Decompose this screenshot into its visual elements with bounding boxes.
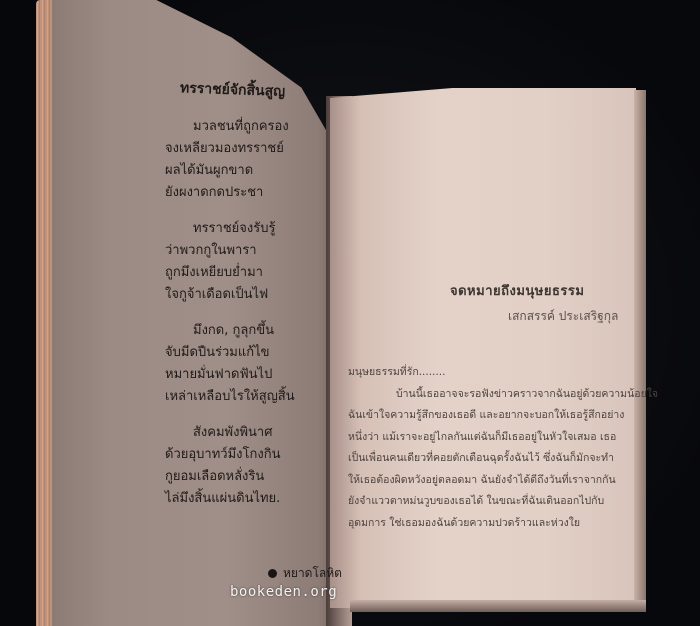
poem-line: มึงกด, กูลุกขึ้น [165, 320, 335, 342]
poem-line: มวลชนที่ถูกครอง [165, 116, 335, 138]
poem-line: ทรราชย์จงรับรู้ [165, 218, 335, 240]
right-page-bottom-edge [350, 600, 646, 612]
letter-line: บ้านนี้เธออาจจะรอฟังข่าวคราวจากฉันอยู่ด้… [348, 384, 628, 406]
poem: ทรราชย์จักสิ้นสูญ มวลชนที่ถูกครอง จงเหลี… [165, 80, 335, 510]
letter-line: เป็นเพื่อนคนเดียวที่คอยตักเตือนฉุดรั้งฉั… [348, 448, 628, 470]
poem-line: ไล่มึงสิ้นแผ่นดินไทย. [165, 488, 335, 510]
poem-line: ใจกูจ้าเดือดเป็นไฟ [165, 284, 335, 306]
letter-title: จดหมายถึงมนุษยธรรม [450, 280, 584, 301]
letter-line: หนึ่งว่า แม้เราจะอยู่ไกลกันแต่ฉันก็มีเธอ… [348, 427, 628, 449]
poem-stanza-2: ทรราชย์จงรับรู้ ว่าพวกกูในพารา ถูกมึงเหย… [165, 218, 335, 306]
poem-line: ยังผงาดกดประชา [165, 182, 335, 204]
poem-line: กูยอมเลือดหลั่งริน [165, 466, 335, 488]
letter-author: เสกสรรค์ ประเสริฐกุล [508, 307, 618, 326]
poem-line: จับมีดปืนร่วมแก้ไข [165, 342, 335, 364]
poem-line: เหล่าเหลือบไรให้สูญสิ้น [165, 386, 335, 408]
poem-line: ว่าพวกกูในพารา [165, 240, 335, 262]
watermark: bookeden.org [230, 584, 337, 600]
letter-body: มนุษยธรรมที่รัก........ บ้านนี้เธออาจจะร… [348, 362, 628, 534]
poem-line: ถูกมึงเหยียบย่ำมา [165, 262, 335, 284]
poem-line: สังคมพังพินาศ [165, 422, 335, 444]
poem-line: หมายมั่นฟาดฟันไป [165, 364, 335, 386]
poem-stanza-4: สังคมพังพินาศ ด้วยอุบาทว์มึงโกงกิน กูยอม… [165, 422, 335, 510]
poem-stanza-1: มวลชนที่ถูกครอง จงเหลียวมองทรราชย์ ผลได้… [165, 116, 335, 204]
letter-line: ยังจำแววตาหม่นวูบของเธอได้ ในขณะที่ฉันเด… [348, 491, 628, 513]
letter-line: อุดมการ ใช่เธอมองฉันด้วยความปวดร้าวและห่… [348, 513, 628, 535]
signature-text: หยาดโลหิต [283, 564, 342, 583]
poem-signature: หยาดโลหิต [268, 564, 342, 583]
letter-greeting: มนุษยธรรมที่รัก........ [348, 362, 628, 384]
poem-line: ผลได้มันผูกขาด [165, 160, 335, 182]
poem-stanza-3: มึงกด, กูลุกขึ้น จับมีดปืนร่วมแก้ไข หมาย… [165, 320, 335, 408]
letter-line: ฉันเข้าใจความรู้สึกของเธอดี และอยากจะบอก… [348, 405, 628, 427]
poem-line: ด้วยอุบาทว์มึงโกงกิน [165, 444, 335, 466]
right-page-edge [634, 90, 646, 610]
poem-title: ทรราชย์จักสิ้นสูญ [180, 77, 336, 104]
dark-surround [0, 0, 40, 626]
bullet-icon [268, 569, 277, 578]
poem-line: จงเหลียวมองทรราชย์ [165, 138, 335, 160]
letter-line: ให้เธอต้องผิดหวังอยู่ตลอดมา ฉันยังจำได้ด… [348, 470, 628, 492]
